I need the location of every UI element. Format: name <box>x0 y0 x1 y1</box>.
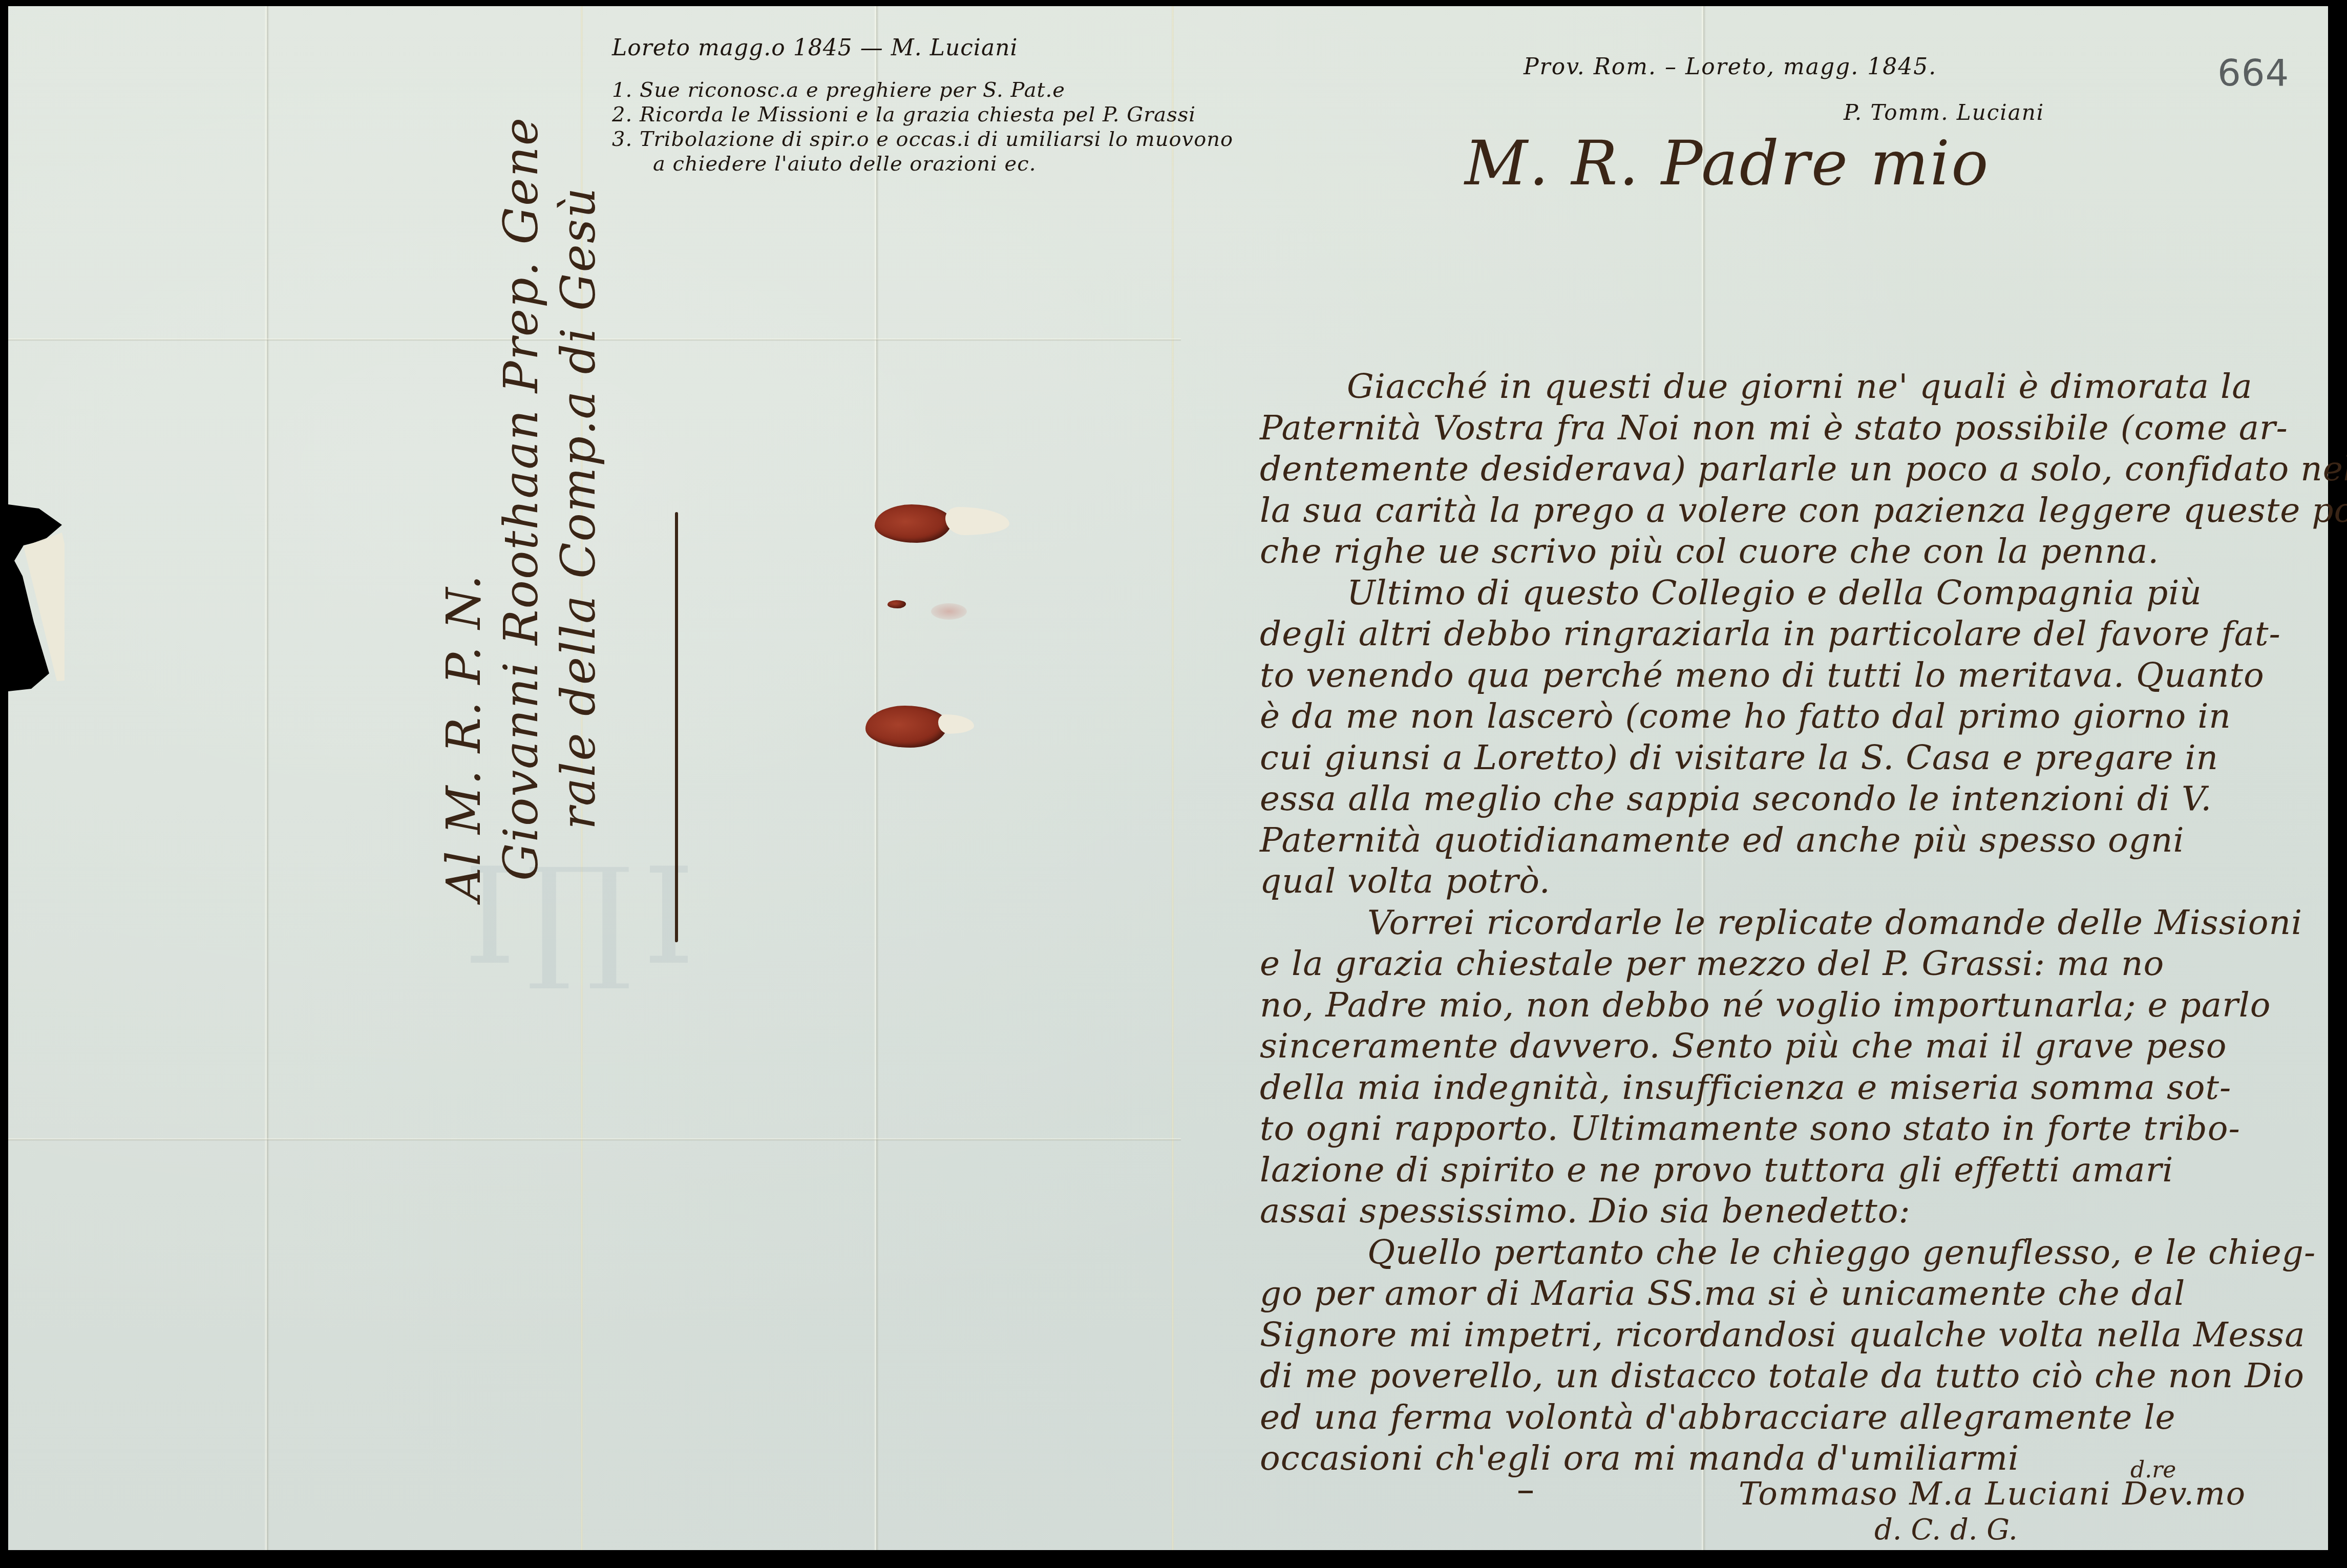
signature-name: Tommaso M.a Luciani <box>1739 1475 2111 1512</box>
salutation: M. R. Padre mio <box>1465 128 1990 199</box>
letter-line: to ogni rapporto. Ultimamente sono stato… <box>1260 1108 2223 1150</box>
letter-line: di me poverello, un distacco totale da t… <box>1260 1355 2223 1397</box>
letter-line: essa alla meglio che sappia secondo le i… <box>1260 778 2223 820</box>
docket-item: 3. Tribolazione di spir.o e occas.i di u… <box>612 127 1201 152</box>
address-block: Al M. R. P. N. Giovanni Roothaan Prep. G… <box>435 133 607 901</box>
letter-line: ed una ferma volontà d'abbracciare alleg… <box>1260 1397 2223 1438</box>
letter-line: Quello pertanto che le chieggo genufless… <box>1260 1232 2223 1274</box>
panel-divider-right <box>1172 6 1174 1550</box>
letter-line: go per amor di Maria SS.ma si è unicamen… <box>1260 1273 2223 1315</box>
address-line: rale della Comp.a di Gesù <box>550 133 607 901</box>
signature-abbreviation: d. C. d. G. <box>1874 1513 2018 1546</box>
letter-line: cui giunsi a Loretto) di visitare la S. … <box>1260 737 2223 779</box>
letter-line: assai spessissimo. Dio sia benedetto: <box>1260 1191 2223 1232</box>
letter-line: Signore mi impetri, ricordandosi qualche… <box>1260 1315 2223 1356</box>
letter-line: lazione di spirito e ne provo tuttora gl… <box>1260 1150 2223 1191</box>
letter-line: sinceramente davvero. Sento più che mai … <box>1260 1026 2223 1067</box>
docket-item: 1. Sue riconosc.a e preghiere per S. Pat… <box>612 78 1201 102</box>
archive-number: 664 <box>2217 51 2289 94</box>
letter-line: dentemente desiderava) parlarle un poco … <box>1260 449 2223 490</box>
lower-wax-seal <box>865 706 947 748</box>
small-wax-drop <box>887 600 906 608</box>
fold-line-vertical <box>264 6 269 1550</box>
letter-line: Ultimo di questo Collegio e della Compag… <box>1260 573 2223 614</box>
letter-line: occasioni ch'egli ora mi manda d'umiliar… <box>1260 1438 2223 1479</box>
letter-line: qual volta potrò. <box>1260 861 2223 902</box>
fold-line-horizontal <box>8 1138 1181 1141</box>
letter-line: degli altri debbo ringraziarla in partic… <box>1260 613 2223 655</box>
letter-body: Giacché in questi due giorni ne' quali è… <box>1260 366 2223 1479</box>
docket-item: a chiedere l'aiuto delle orazioni ec. <box>612 152 1201 176</box>
letter-line: la sua carità la prego a volere con pazi… <box>1260 490 2223 532</box>
provenance-note: Prov. Rom. – Loreto, magg. 1845. <box>1524 54 1937 80</box>
letter-line: Vorrei ricordarle le replicate domande d… <box>1260 902 2223 944</box>
letter-line: Giacché in questi due giorni ne' quali è… <box>1260 366 2223 408</box>
closing-dash <box>1518 1491 1533 1493</box>
upper-wax-seal <box>875 504 952 543</box>
torn-edge <box>8 504 65 694</box>
letter-line: e la grazia chiestale per mezzo del P. G… <box>1260 943 2223 985</box>
letter-line: Paternità quotidianamente ed anche più s… <box>1260 820 2223 861</box>
author-note: P. Tomm. Luciani <box>1844 100 2044 125</box>
address-line: Giovanni Roothaan Prep. Gene <box>493 133 550 901</box>
docket-notes: Loreto magg.o 1845 — M. Luciani 1. Sue r… <box>612 36 1201 176</box>
docket-item: 2. Ricorda le Missioni e la grazia chies… <box>612 102 1201 127</box>
letter-line: Paternità Vostra fra Noi non mi è stato … <box>1260 408 2223 449</box>
signature-superscript: d.re <box>2130 1457 2176 1483</box>
letter-line: to venendo qua perché meno di tutti lo m… <box>1260 655 2223 696</box>
letter-line: no, Padre mio, non debbo né voglio impor… <box>1260 985 2223 1026</box>
fold-line-vertical <box>874 6 879 1550</box>
address-line: Al M. R. P. N. <box>435 133 493 901</box>
letter-line: che righe ue scrivo più col cuore che co… <box>1260 531 2223 573</box>
wax-stain <box>931 603 967 620</box>
docket-heading: Loreto magg.o 1845 — M. Luciani <box>612 36 1201 60</box>
letter-line: della mia indegnità, insufficienza e mis… <box>1260 1067 2223 1109</box>
letter-line: è da me non lascerò (come ho fatto dal p… <box>1260 696 2223 737</box>
address-flourish <box>675 512 678 942</box>
